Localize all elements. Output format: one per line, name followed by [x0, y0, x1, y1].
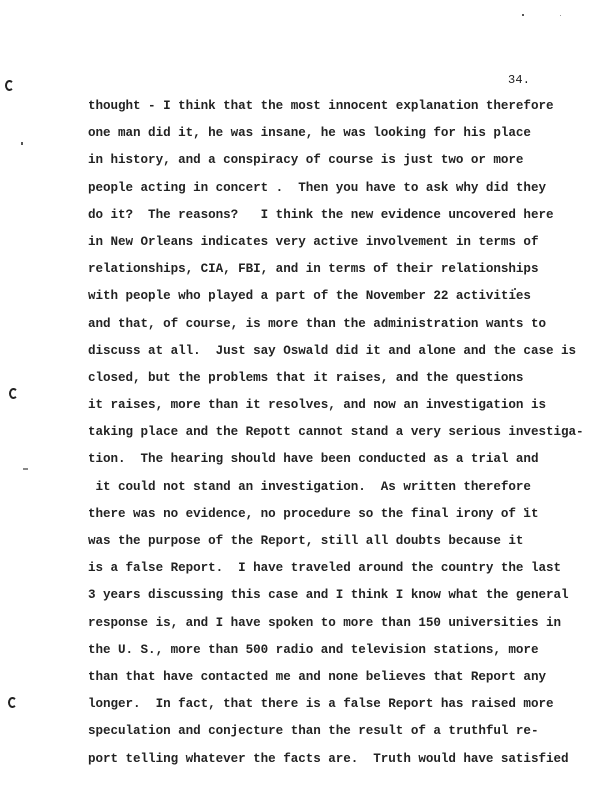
text-line: people acting in concert . Then you have… — [88, 180, 588, 207]
text-line: was the purpose of the Report, still all… — [88, 533, 588, 560]
text-line: relationships, CIA, FBI, and in terms of… — [88, 261, 588, 288]
text-line: discuss at all. Just say Oswald did it a… — [88, 343, 588, 370]
text-line: response is, and I have spoken to more t… — [88, 615, 588, 642]
text-line: speculation and conjecture than the resu… — [88, 723, 588, 750]
text-line: it could not stand an investigation. As … — [88, 479, 588, 506]
text-line: 3 years discussing this case and I think… — [88, 587, 588, 614]
text-line: there was no evidence, no procedure so t… — [88, 506, 588, 533]
text-line: longer. In fact, that there is a false R… — [88, 696, 588, 723]
scan-speck — [21, 142, 23, 145]
text-line: one man did it, he was insane, he was lo… — [88, 125, 588, 152]
text-line: with people who played a part of the Nov… — [88, 288, 588, 315]
document-body: thought - I think that the most innocent… — [88, 98, 588, 778]
text-line: is a false Report. I have traveled aroun… — [88, 560, 588, 587]
text-line: closed, but the problems that it raises,… — [88, 370, 588, 397]
binder-hole-mark-bottom — [8, 697, 17, 708]
text-line: taking place and the Repott cannot stand… — [88, 424, 588, 451]
binder-hole-mark-middle — [9, 388, 18, 399]
text-line: port telling whatever the facts are. Tru… — [88, 751, 588, 778]
text-line: thought - I think that the most innocent… — [88, 98, 588, 125]
scan-speck — [23, 468, 28, 470]
text-line: it raises, more than it resolves, and no… — [88, 397, 588, 424]
text-line: and that, of course, is more than the ad… — [88, 316, 588, 343]
text-line: in New Orleans indicates very active inv… — [88, 234, 588, 261]
text-line: do it? The reasons? I think the new evid… — [88, 207, 588, 234]
scan-speck — [560, 15, 561, 16]
text-line: the U. S., more than 500 radio and telev… — [88, 642, 588, 669]
page-number: 34. — [508, 73, 530, 87]
text-line: in history, and a conspiracy of course i… — [88, 152, 588, 179]
text-line: tion. The hearing should have been condu… — [88, 451, 588, 478]
text-line: than that have contacted me and none bel… — [88, 669, 588, 696]
scan-speck — [522, 14, 524, 16]
binder-hole-mark-top — [5, 80, 14, 91]
